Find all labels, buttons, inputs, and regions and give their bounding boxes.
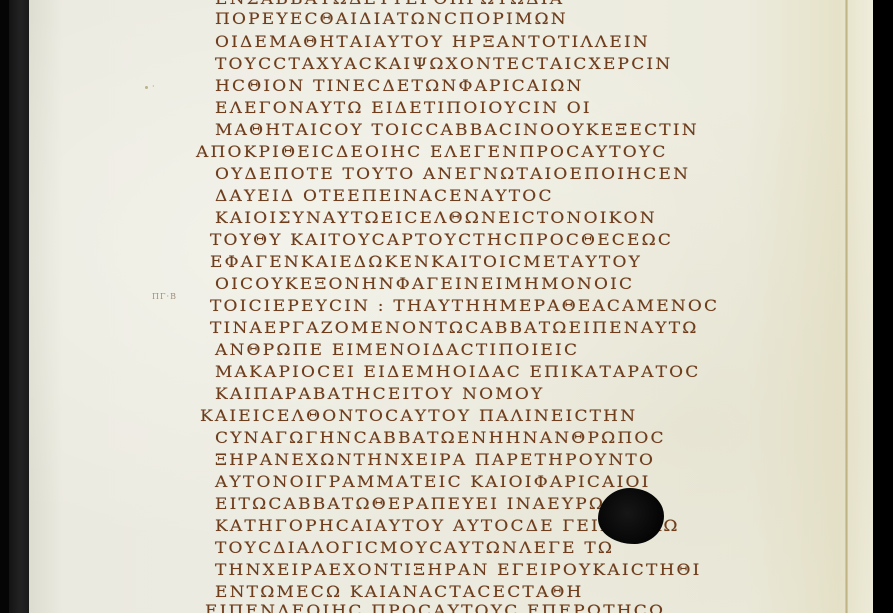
text-line: ΤΟΥΘΥ ΚΑΙΤΟΥϹΑΡΤΟΥϹΤΗϹΠΡΟϹΘΕϹΕΩϹ	[210, 231, 673, 249]
text-line: ΕΙΤΩϹΑΒΒΑΤΩΘΕΡΑΠΕΥΕΙ ΙΝΑΕΥΡΩϹΙΝ	[215, 495, 646, 513]
text-line: ΗϹΘΙΟΝ ΤΙΝΕϹΔΕΤΩΝΦΑΡΙϹΑΙΩΝ	[215, 77, 584, 95]
text-line: ΤΙΝΑΕΡΓΑΖΟΜΕΝΟΝΤΩϹΑΒΒΑΤΩΕΙΠΕΝΑΥΤΩ	[210, 319, 699, 337]
text-line: ΚΑΙΠΑΡΑΒΑΤΗϹΕΙΤΟΥ ΝΟΜΟΥ	[215, 385, 544, 403]
image-edge-left	[0, 0, 9, 613]
text-line: ΜΑΘΗΤΑΙϹΟΥ ΤΟΙϹϹΑΒΒΑϹΙΝΟΟΥΚΕΞΕϹΤΙΝ	[215, 121, 699, 139]
image-edge-right	[873, 0, 893, 613]
text-line: ΕΙΠΕΝΔΕΟΙΗϹ ΠΡΟϹΑΥΤΟΥϹ ΕΠΕΡΩΤΗϹΩ	[205, 602, 665, 613]
text-line: ΕΝΤΩΜΕϹΩ ΚΑΙΑΝΑϹΤΑϹΕϹΤΑΘΗ	[215, 583, 584, 601]
parchment-speck	[145, 86, 148, 89]
text-line: ΜΑΚΑΡΙΟϹΕΙ ΕΙΔΕΜΗΟΙΔΑϹ ΕΠΙΚΑΤΑΡΑΤΟϹ	[215, 363, 701, 381]
text-line: ΤΟΥϹΔΙΑΛΟΓΙϹΜΟΥϹΑΥΤΩΝΛΕΓΕ ΤΩ	[215, 539, 614, 557]
text-line: ΑΝΘΡΩΠΕ ΕΙΜΕΝΟΙΔΑϹΤΙΠΟΙΕΙϹ	[215, 341, 579, 359]
text-line: ΤΟΥϹϹΤΑΧΥΑϹΚΑΙΨΩΧΟΝΤΕϹΤΑΙϹΧΕΡϹΙΝ	[215, 55, 672, 73]
text-line: ΟΥΔΕΠΟΤΕ ΤΟΥΤΟ ΑΝΕΓΝΩΤΑΙΟΕΠΟΙΗϹΕΝ	[215, 165, 690, 183]
text-line: ϹΥΝΑΓΩΓΗΝϹΑΒΒΑΤΩΕΝΗΗΝΑΝΘΡΩΠΟϹ	[215, 429, 666, 447]
text-line: ΠΟΡΕΥΕϹΘΑΙΔΙΑΤΩΝϹΠΟΡΙΜΩΝ	[215, 10, 568, 28]
text-line: ΚΑΙΟΙΣΥΝΑΥΤΩΕΙϹΕΛΘΩΝΕΙϹΤΟΝΟΙΚΟΝ	[215, 209, 657, 227]
text-line: ΑΠΟΚΡΙΘΕΙϹΔΕΟΙΗϹ ΕΛΕΓΕΝΠΡΟϹΑΥΤΟΥϹ	[196, 143, 668, 161]
text-line: ΕΝΣΑΒΒΑΤΩΔΕΥΤΕΡΟΠΡΩΤΩΔΙΑ	[215, 0, 564, 8]
text-line: ΞΗΡΑΝΕΧΩΝΤΗΝΧΕΙΡΑ ΠΑΡΕΤΗΡΟΥΝΤΟ	[215, 451, 655, 469]
text-line: ΑΥΤΟΝΟΙΓΡΑΜΜΑΤΕΙϹ ΚΑΙΟΙΦΑΡΙϹΑΙΟΙ	[215, 473, 651, 491]
page-fold-line	[845, 0, 848, 613]
text-line: ΕΦΑΓΕΝΚΑΙΕΔΩΚΕΝΚΑΙΤΟΙϹΜΕΤΑΥΤΟΥ	[210, 253, 642, 271]
ink-blot	[598, 488, 664, 544]
text-line: ΚΑΙΕΙϹΕΛΘΟΝΤΟϹΑΥΤΟΥ ΠΑΛΙΝΕΙϹΤΗΝ	[200, 407, 637, 425]
text-line: ΔΑΥΕΙΔ ΟΤΕΕΠΕΙΝΑϹΕΝΑΥΤΟϹ	[215, 187, 554, 205]
text-line: ΕΛΕΓΟΝΑΥΤΩ ΕΙΔΕΤΙΠΟΙΟΥϹΙΝ ΟΙ	[215, 99, 592, 117]
text-line: ΟΙΔΕΜΑΘΗΤΑΙΑΥΤΟΥ ΗΡΞΑΝΤΟΤΙΛΛΕΙΝ	[215, 33, 650, 51]
text-line: ΟΙϹΟΥΚΕΞΟΝΗΝΦΑΓΕΙΝΕΙΜΗΜΟΝΟΙϹ	[215, 275, 634, 293]
text-line: ΤΟΙϹΙΕΡΕΥϹΙΝ : ΤΗΑΥΤΗΗΜΕΡΑΘΕΑϹΑΜΕΝΟϹ	[210, 297, 719, 315]
margin-note: ΠΓ·Β	[152, 292, 177, 301]
margin-note: ·	[152, 82, 156, 91]
binding-strip	[9, 0, 29, 613]
text-line: ΤΗΝΧΕΙΡΑΕΧΟΝΤΙΞΗΡΑΝ ΕΓΕΙΡΟΥΚΑΙϹΤΗΘΙ	[215, 561, 702, 579]
parchment-speck	[222, 106, 225, 109]
